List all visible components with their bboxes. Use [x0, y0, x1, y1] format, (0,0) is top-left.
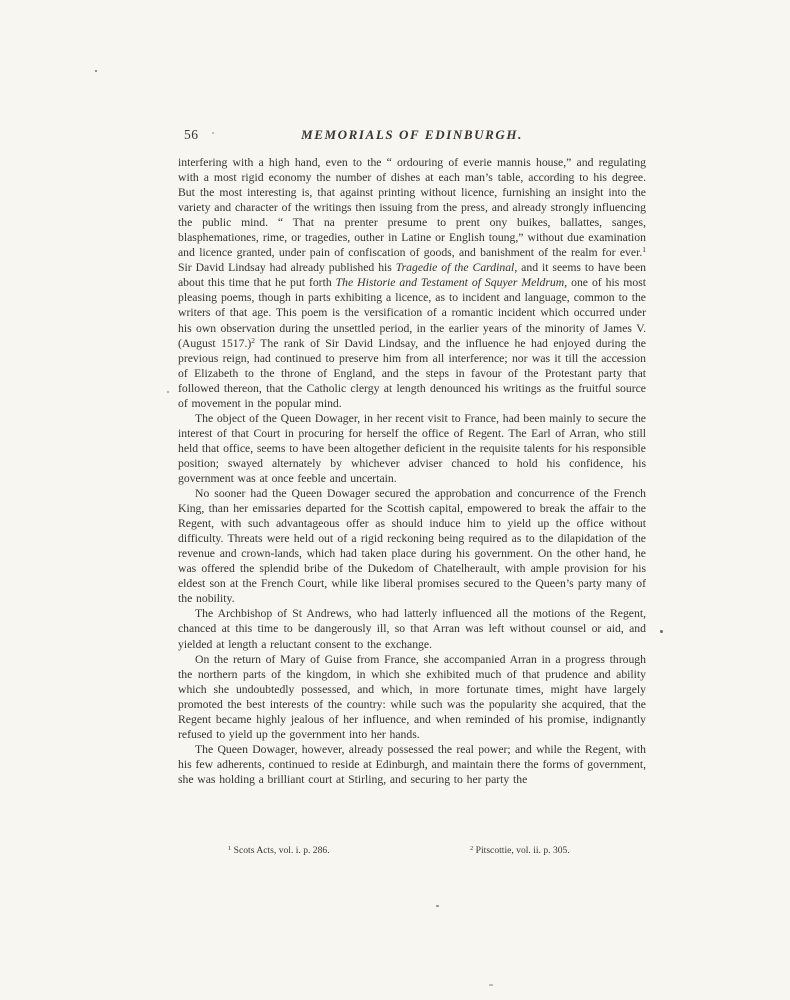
footnote-reference: 1	[642, 245, 646, 254]
text-run: interfering with a high hand, even to th…	[178, 156, 646, 259]
scan-speck	[95, 70, 97, 72]
running-title: MEMORIALS OF EDINBURGH.	[178, 127, 646, 143]
paragraph: On the return of Mary of Guise from Fran…	[178, 652, 646, 742]
paragraph: The object of the Queen Dowager, in her …	[178, 411, 646, 486]
paragraph: The Queen Dowager, however, already poss…	[178, 742, 646, 787]
running-header: 56 MEMORIALS OF EDINBURGH.	[178, 127, 646, 145]
italic-text: The Historie and Testament of Squyer Mel…	[336, 276, 565, 289]
footnote-2-text: Pitscottie, vol. ii. p. 305.	[476, 845, 570, 856]
text-run: The object of the Queen Dowager, in her …	[178, 412, 646, 485]
text-run: On the return of Mary of Guise from Fran…	[178, 653, 646, 741]
book-page: 56 MEMORIALS OF EDINBURGH. interfering w…	[0, 0, 790, 1000]
footnote-1-text: Scots Acts, vol. i. p. 286.	[234, 845, 330, 856]
scan-speck	[167, 391, 169, 393]
scan-speck	[660, 630, 663, 633]
paragraph: No sooner had the Queen Dowager secured …	[178, 486, 646, 606]
italic-text: Tragedie of the Cardinal	[396, 261, 515, 274]
scan-speck	[436, 905, 439, 907]
footnote-2: 2 Pitscottie, vol. ii. p. 305.	[470, 845, 570, 856]
scan-speck	[212, 132, 214, 134]
paragraph: The Archbishop of St Andrews, who had la…	[178, 606, 646, 651]
footnote-1-marker: 1	[228, 845, 231, 852]
text-run: The Queen Dowager, however, already poss…	[178, 743, 646, 786]
body-text-block: interfering with a high hand, even to th…	[178, 155, 646, 787]
footnotes: 1 Scots Acts, vol. i. p. 286. 2 Pitscott…	[178, 845, 646, 859]
text-run: No sooner had the Queen Dowager secured …	[178, 487, 646, 605]
footnote-2-marker: 2	[470, 845, 473, 852]
text-run: The Archbishop of St Andrews, who had la…	[178, 607, 646, 650]
paragraph: interfering with a high hand, even to th…	[178, 155, 646, 411]
scan-speck	[489, 984, 493, 986]
footnote-1: 1 Scots Acts, vol. i. p. 286.	[228, 845, 330, 856]
text-run: Sir David Lindsay had already published …	[178, 261, 396, 274]
